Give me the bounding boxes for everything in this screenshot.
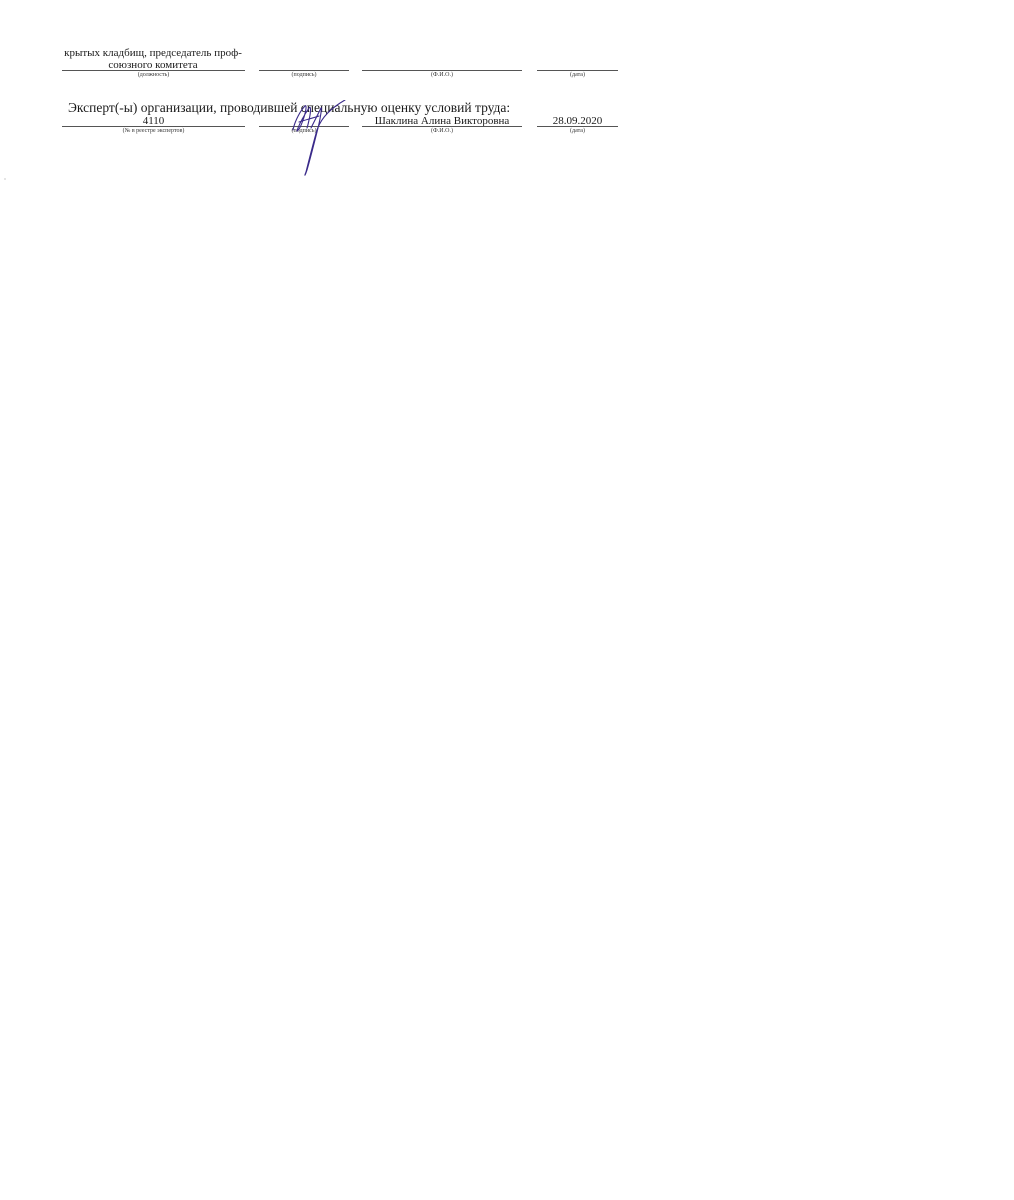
- name-caption: (Ф.И.О.): [362, 72, 522, 79]
- name-underline: [362, 70, 522, 71]
- expert-name-caption: (Ф.И.О.): [362, 128, 522, 135]
- signature-caption: (подпись): [259, 72, 349, 79]
- registry-caption: (№ в реестре экспертов): [62, 128, 245, 135]
- expert-date-underline: [537, 126, 618, 127]
- position-underline: [62, 70, 245, 71]
- date-underline: [537, 70, 618, 71]
- position-caption: (должность): [62, 72, 245, 79]
- signature-underline: [259, 70, 349, 71]
- expert-name-underline: [362, 126, 522, 127]
- scan-artifact: [4, 178, 6, 180]
- expert-date-caption: (дата): [537, 128, 618, 135]
- date-caption: (дата): [537, 72, 618, 79]
- handwritten-signature-icon: [285, 100, 355, 180]
- position-text-line1: крытых кладбищ, председатель проф-: [62, 47, 244, 59]
- registry-underline: [62, 126, 245, 127]
